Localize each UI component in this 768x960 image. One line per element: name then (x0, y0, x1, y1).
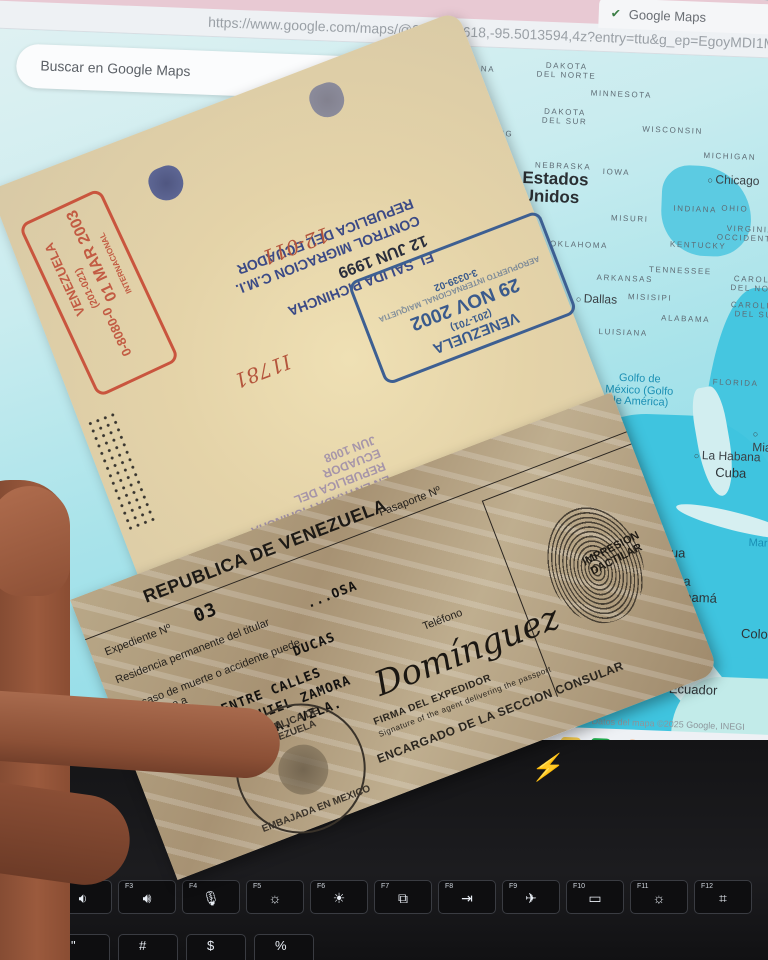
label-tennessee: Tennessee (649, 266, 712, 277)
display-switch-icon: ⧉ (375, 890, 431, 907)
map-pin-icon: ✔ (611, 6, 622, 20)
key-f12[interactable]: F12⌗ (694, 880, 752, 914)
label-mar-caribe: Mar (748, 538, 767, 550)
label-carolina-sur: Carolina del Sur (727, 301, 768, 321)
touchpad-off-icon: ▭ (567, 890, 623, 907)
key-f8[interactable]: F8⇥ (438, 880, 496, 914)
number-key-row: " # $ % (0, 934, 768, 960)
label-florida: Florida (713, 378, 759, 389)
key-f9[interactable]: F9✈ (502, 880, 560, 914)
search-placeholder: Buscar en Google Maps (40, 57, 191, 79)
function-key-row: 🔇︎ F2🔉︎ F3🔊︎ F4🎙︎ F5☼ F6☀ F7⧉ F8⇥ F9✈ F1… (0, 880, 768, 930)
label-misuri: Misuri (611, 214, 649, 224)
label-alabama: Alabama (661, 314, 710, 325)
brightness-up-icon: ☀ (311, 890, 367, 907)
key-5[interactable]: % (254, 934, 314, 960)
key-4[interactable]: $ (186, 934, 246, 960)
exit-icon: ⇥ (439, 890, 495, 907)
label-ohio: Ohio (721, 205, 748, 215)
crop-icon: ⌗ (695, 890, 751, 907)
key-f11[interactable]: F11☼ (630, 880, 688, 914)
label-michigan: Michigan (703, 152, 756, 163)
label-minnesota: Minnesota (591, 90, 653, 101)
key-f5[interactable]: F5☼ (246, 880, 304, 914)
label-oklahoma: Oklahoma (550, 240, 608, 251)
brightness-down-icon: ☼ (247, 890, 303, 906)
label-cuba: Cuba (715, 465, 747, 481)
telefono-label: Teléfono (421, 607, 464, 633)
key-f7[interactable]: F7⧉ (374, 880, 432, 914)
volume-up-icon: 🔊︎ (119, 890, 175, 907)
label-arkansas: Arkansas (596, 274, 653, 285)
key-f4[interactable]: F4🎙︎ (182, 880, 240, 914)
key-f6[interactable]: F6☀ (310, 880, 368, 914)
label-indiana: Indiana (673, 205, 717, 215)
tab-title: Google Maps (628, 7, 706, 25)
city-chicago: Chicago (707, 172, 759, 188)
keyboard-light-icon: ☼ (631, 890, 687, 906)
airplane-icon: ✈ (503, 890, 559, 907)
label-luisiana: Luisiana (598, 328, 648, 339)
expediente-value: 03 (191, 599, 221, 627)
label-colombia: Colombia (741, 626, 768, 643)
city-la-habana: La Habana (694, 448, 761, 465)
handwritten-note: I1781 (231, 350, 295, 393)
label-dakota-norte: Dakota del Norte (536, 61, 597, 81)
brand-logo: ⚡ (529, 752, 568, 783)
thumb (0, 486, 70, 596)
label-carolina-norte: Carolina del Norte (730, 275, 768, 295)
label-estados-unidos: Estados Unidos (521, 169, 612, 208)
label-kentucky: Kentucky (670, 241, 727, 252)
residencia-value: ...OSA (305, 579, 360, 612)
key-3[interactable]: # (118, 934, 178, 960)
label-wisconsin: Wisconsin (642, 126, 703, 137)
coat-of-arms-emblem (271, 737, 336, 802)
mic-mute-icon: 🎙︎ (183, 890, 239, 907)
ecuador-emblem (305, 78, 349, 122)
label-dakota-sur: Dakota del Sur (534, 107, 595, 127)
city-dallas: Dallas (576, 291, 618, 307)
label-misisipi: Misisipi (628, 293, 673, 303)
key-f3[interactable]: F3🔊︎ (118, 880, 176, 914)
key-f10[interactable]: F10▭ (566, 880, 624, 914)
